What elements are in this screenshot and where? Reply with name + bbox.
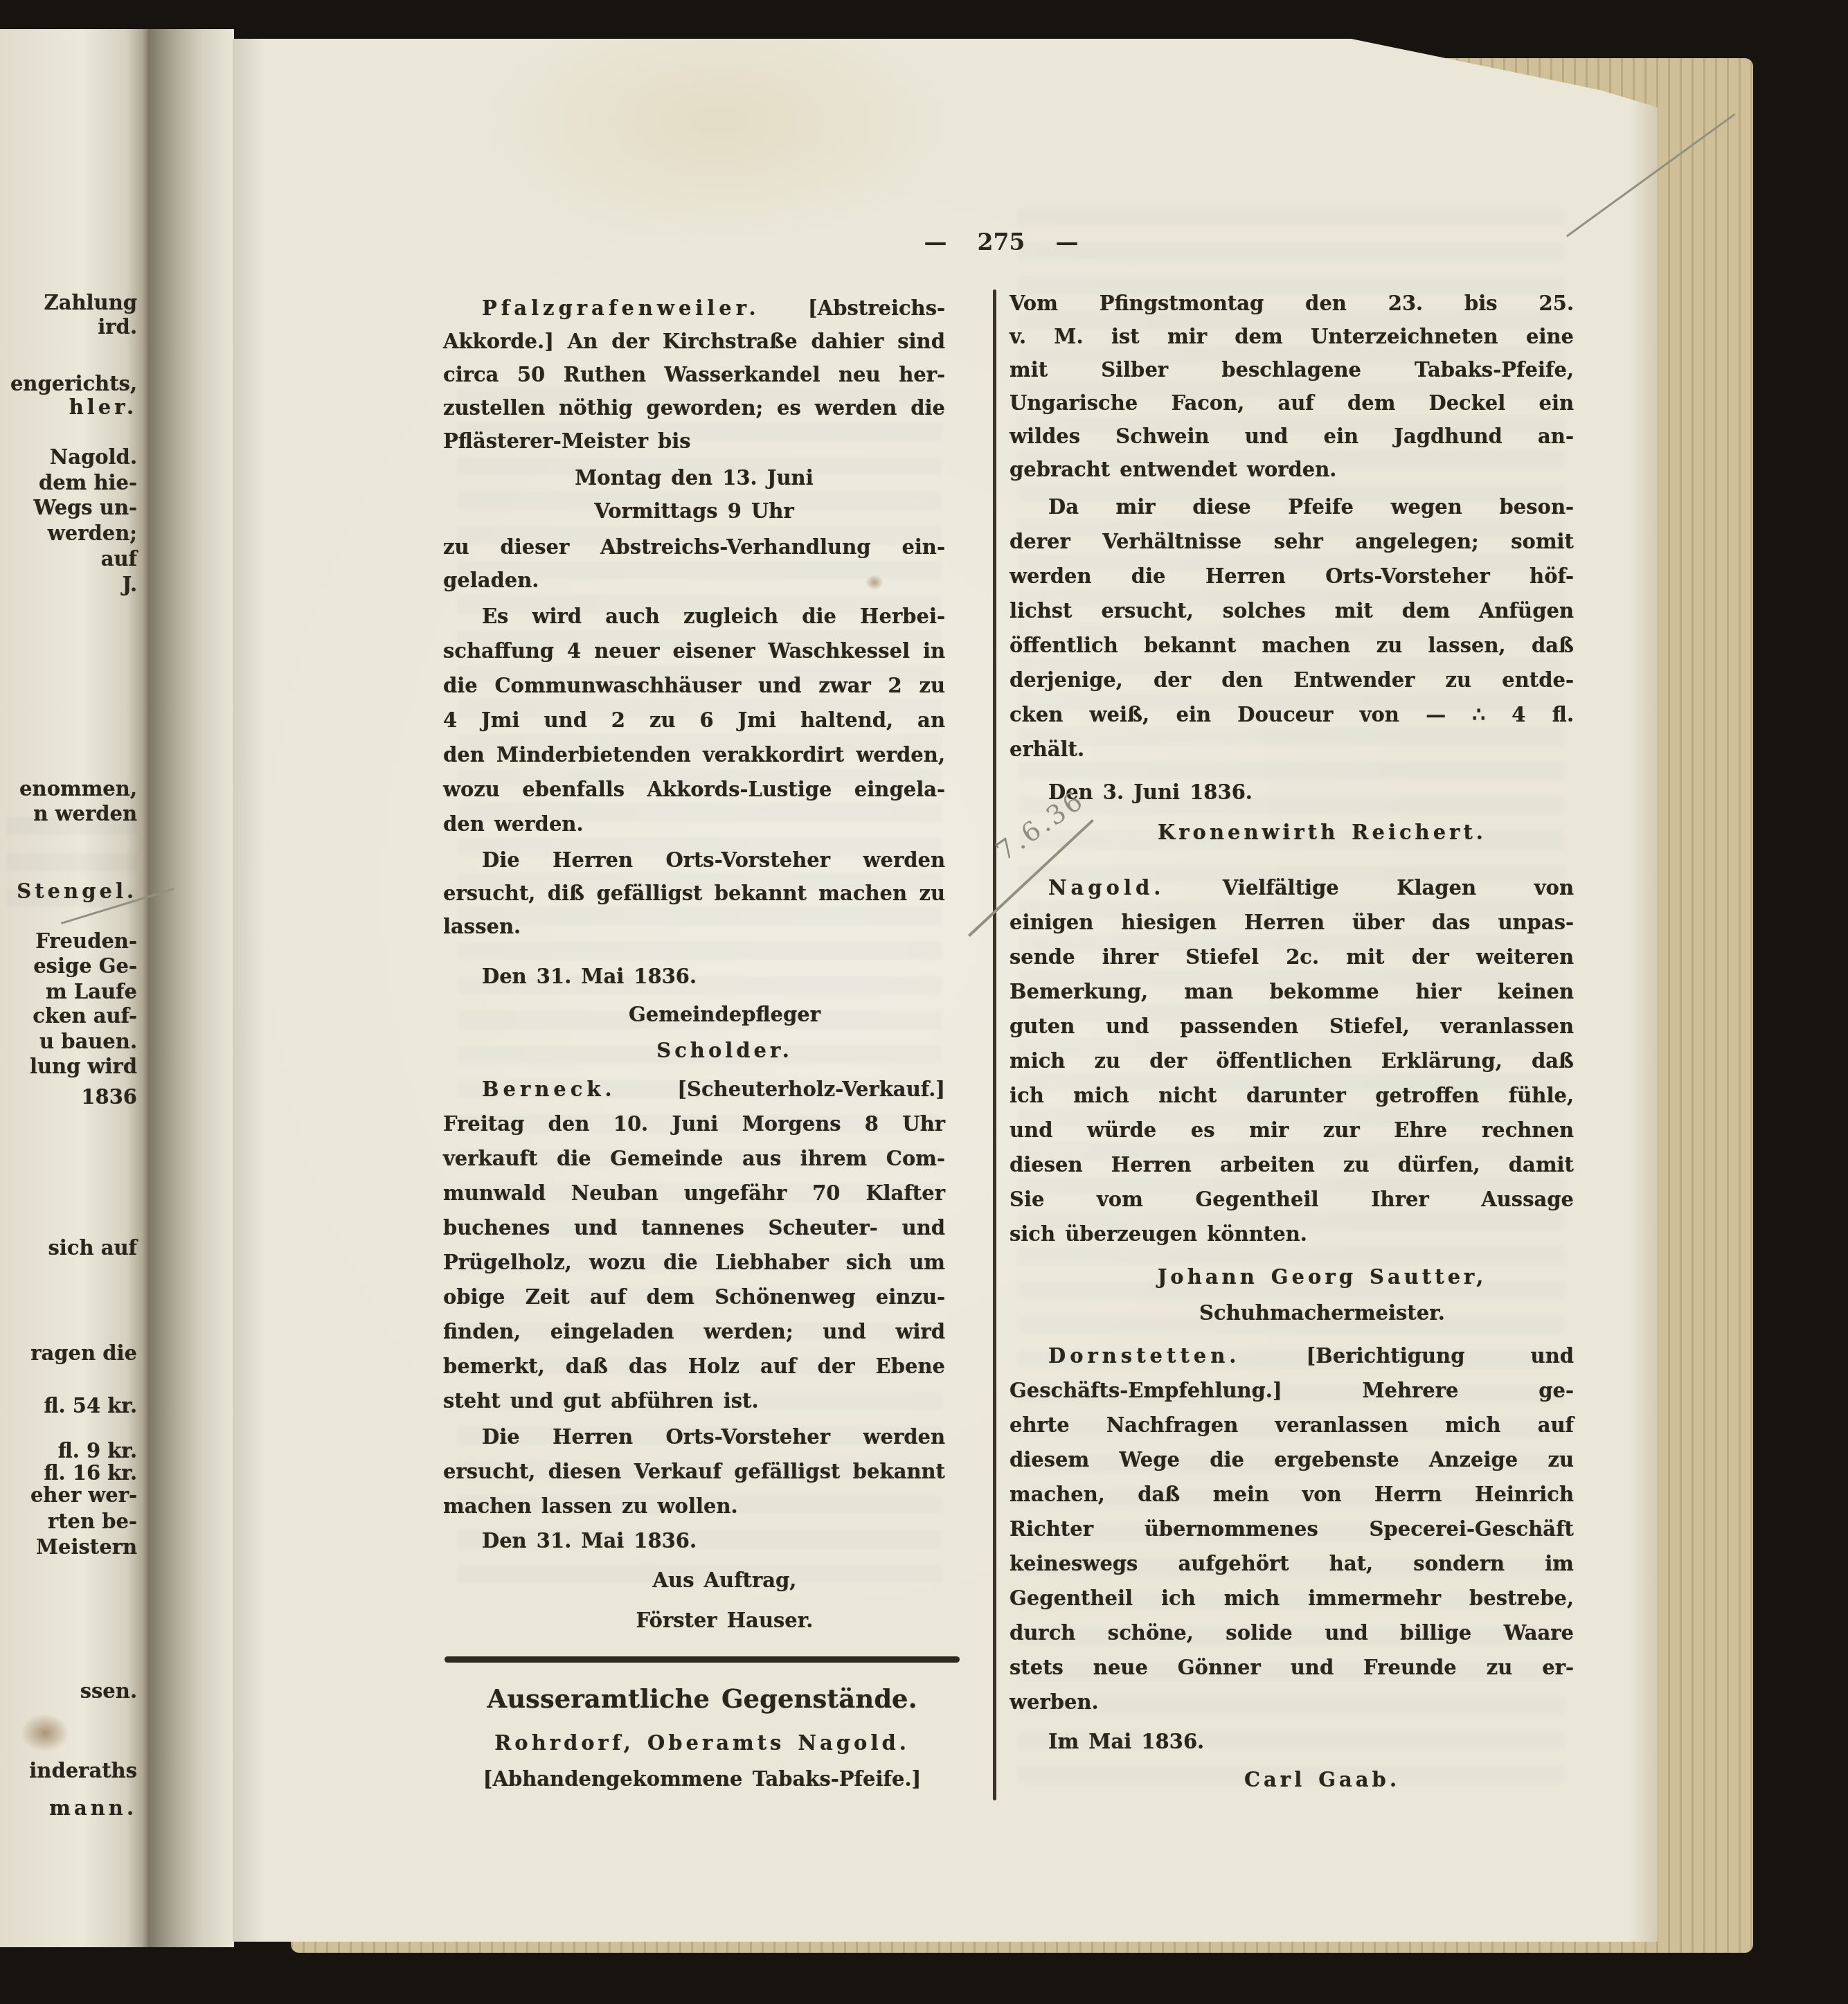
fragment-line: enommen,: [19, 777, 137, 800]
fragment-line: Zahlung: [44, 291, 137, 314]
text-line: Carl Gaab.: [1010, 1766, 1574, 1793]
fragment-line: ird.: [98, 315, 137, 339]
text-line: Schuhmachermeister.: [1010, 1299, 1574, 1327]
fragment-line: Meistern: [36, 1535, 137, 1559]
fragment-line: J.: [122, 573, 137, 596]
text-line: werden die Herren Orts-Vorsteher höf-: [1010, 562, 1574, 590]
text-line: mich zu der öffentlichen Erklärung, daß: [1010, 1047, 1574, 1075]
fragment-line: fl. 9 kr.: [58, 1439, 137, 1462]
fragment-line: rten be-: [48, 1510, 137, 1533]
paper-stain: [865, 575, 883, 590]
text-line: ich mich nicht darunter getroffen fühle,: [1010, 1082, 1574, 1109]
text-line: keineswegs aufgehört hat, sondern im: [1010, 1550, 1574, 1577]
text-line: gebracht entwendet worden.: [1010, 456, 1574, 483]
text-line: ehrte Nachfragen veranlassen mich auf: [1010, 1411, 1574, 1439]
fragment-line: Nagold.: [50, 445, 137, 469]
fragment-line: u bauen.: [39, 1030, 137, 1053]
text-line: einigen hiesigen Herren über das unpas-: [1010, 909, 1574, 936]
text-line: erhält.: [1010, 735, 1574, 763]
text-line: guten und passenden Stiefel, veranlassen: [1010, 1012, 1574, 1040]
text-line: Geschäfts-Empfehlung.] Mehrere ge-: [1010, 1377, 1574, 1404]
text-line: Nagold. Vielfältige Klagen von: [1010, 874, 1574, 902]
text-line: diesen Herren arbeiten zu dürfen, damit: [1010, 1151, 1574, 1179]
text-line: sich überzeugen könnten.: [1010, 1220, 1574, 1248]
text-line: derjenige, der den Entwender zu entde-: [1010, 666, 1574, 694]
fragment-line: fl. 54 kr.: [44, 1394, 137, 1417]
text-line: diesem Wege die ergebenste Anzeige zu: [1010, 1446, 1574, 1474]
text-line: Dornstetten. [Berichtigung und: [1010, 1342, 1574, 1370]
text-line: werben.: [1010, 1688, 1574, 1716]
fragment-line: Stengel.: [17, 879, 137, 903]
fragment-line: 1836: [81, 1085, 137, 1109]
fragment-line: ssen.: [80, 1679, 137, 1703]
fragment-line: engerichts,: [10, 372, 137, 395]
footer-line: Ausseramtliche Gegenstände.: [443, 1685, 961, 1712]
text-line: Gegentheil ich mich immermehr bestrebe,: [1010, 1584, 1574, 1612]
text-line: und würde es mir zur Ehre rechnen: [1010, 1116, 1574, 1144]
footer-line: [Abhandengekommene Tabaks-Pfeife.]: [443, 1765, 961, 1793]
fragment-line: fl. 16 kr.: [44, 1461, 137, 1485]
fragment-line: cken auf-: [33, 1004, 137, 1028]
text-line: Kronenwirth Reichert.: [1010, 818, 1574, 846]
text-line: cken weiß, ein Douceur von — ∴ 4 fl.: [1010, 701, 1574, 728]
text-line: Den 3. Juni 1836.: [1010, 778, 1574, 806]
fragment-line: eher wer-: [30, 1483, 137, 1507]
footer-line: Rohrdorf, Oberamts Nagold.: [443, 1729, 961, 1757]
text-line: stets neue Gönner und Freunde zu er-: [1010, 1654, 1574, 1681]
place-name: Nagold.: [1048, 876, 1165, 900]
fragment-line: werden;: [48, 521, 137, 545]
fragment-line: dem hie-: [39, 471, 137, 494]
paper-stain: [21, 1714, 69, 1752]
fragment-line: auf: [101, 547, 137, 571]
fragment-line: inderaths: [29, 1759, 137, 1782]
text-line: Vom Pfingstmontag den 23. bis 25.: [1010, 289, 1574, 317]
place-name: Dornstetten.: [1048, 1344, 1240, 1368]
text-line: v. M. ist mir dem Unterzeichneten eine: [1010, 323, 1574, 350]
text-line: Richter übernommenes Specerei-Geschäft: [1010, 1515, 1574, 1543]
fragment-line: m Laufe: [46, 980, 137, 1003]
fragment-line: hler.: [69, 395, 137, 419]
text-line: Im Mai 1836.: [1010, 1728, 1574, 1755]
fragment-line: Freuden-: [35, 929, 137, 953]
fragment-line: mann.: [49, 1796, 137, 1820]
fragment-line: ragen die: [30, 1341, 137, 1365]
text-line: Ungarische Facon, auf dem Deckel ein: [1010, 389, 1574, 417]
fragment-line: n werden: [33, 802, 137, 825]
fragment-line: esige Ge-: [33, 954, 137, 978]
fragment-line: Wegs un-: [33, 496, 137, 519]
text-line: machen, daß mein von Herrn Heinrich: [1010, 1480, 1574, 1508]
fragment-line: lung wird: [30, 1055, 137, 1078]
text-line: durch schöne, solide und billige Waare: [1010, 1619, 1574, 1647]
book-photo: —275— Zahlungird.engerichts,hler.Nagold.…: [0, 0, 1848, 2004]
section-ausseramtliche-heading: Ausseramtliche Gegenstände.Rohrdorf, Obe…: [443, 0, 961, 2004]
column-separator-rule: [993, 289, 996, 1800]
text-line: Bemerkung, man bekomme hier keinen: [1010, 978, 1574, 1005]
text-line: wildes Schwein und ein Jagdhund an-: [1010, 422, 1574, 450]
left-page-text-fragments: Zahlungird.engerichts,hler.Nagold.dem hi…: [0, 0, 143, 2004]
text-line: Da mir diese Pfeife wegen beson-: [1010, 493, 1574, 521]
text-line: öffentlich bekannt machen zu lassen, daß: [1010, 632, 1574, 659]
fragment-line: sich auf: [48, 1236, 137, 1260]
text-line: Johann Georg Sautter,: [1010, 1263, 1574, 1291]
text-column-right: Vom Pfingstmontag den 23. bis 25.v. M. i…: [1010, 0, 1574, 2004]
text-line: sende ihrer Stiefel 2c. mit der weiteren: [1010, 943, 1574, 971]
page-gutter-shadow: [148, 29, 234, 1947]
text-line: mit Silber beschlagene Tabaks-Pfeife,: [1010, 356, 1574, 384]
text-line: lichst ersucht, solches mit dem Anfügen: [1010, 597, 1574, 625]
text-line: derer Verhältnisse sehr angelegen; somit: [1010, 528, 1574, 555]
text-line: Sie vom Gegentheil Ihrer Aussage: [1010, 1186, 1574, 1213]
